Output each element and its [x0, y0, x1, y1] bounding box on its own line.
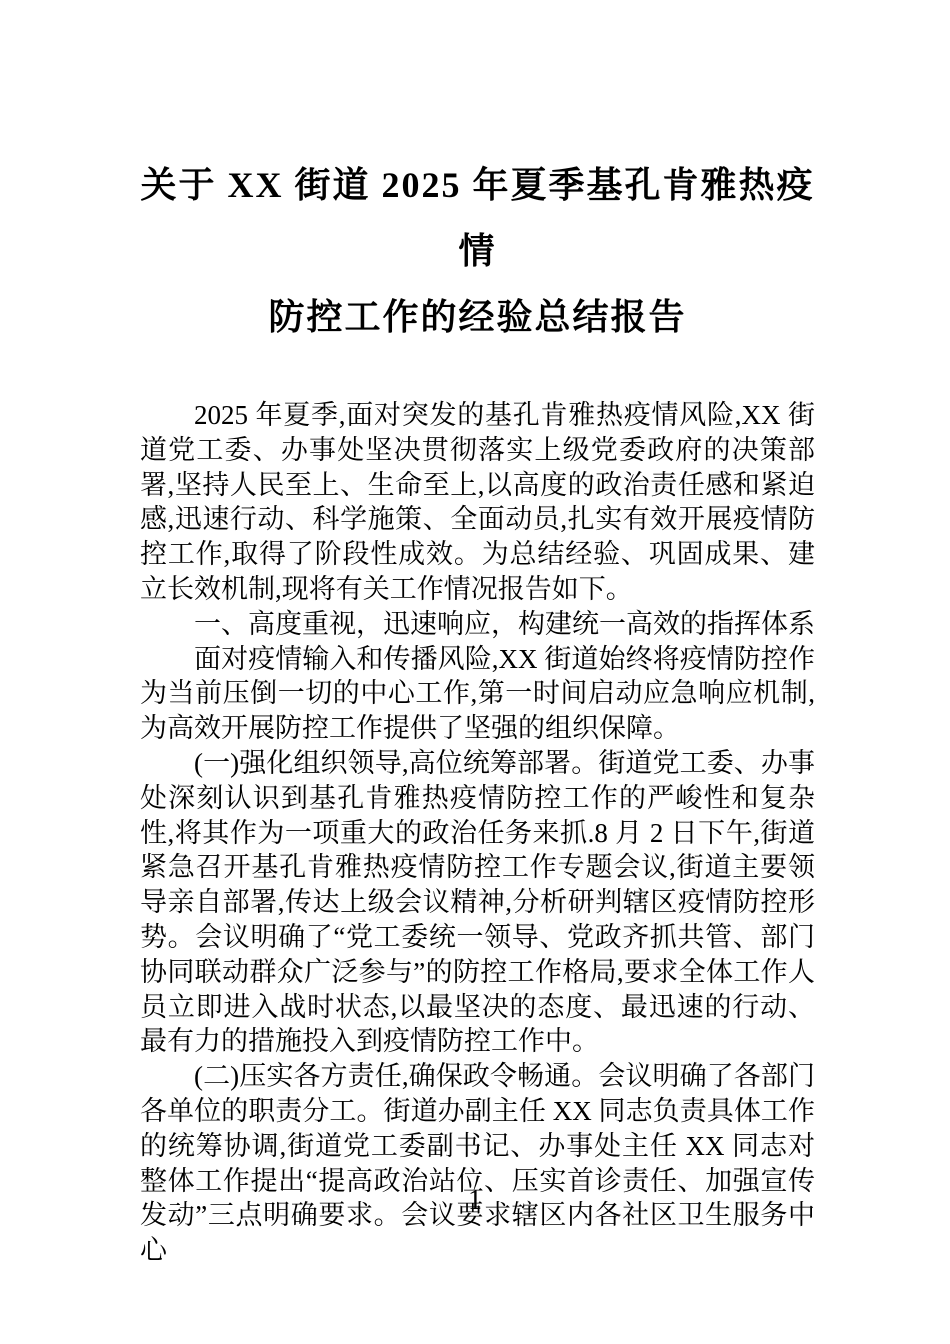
paragraph-section-1-intro: 面对疫情输入和传播风险,XX 街道始终将疫情防控作为当前压倒一切的中心工作,第一… — [140, 642, 815, 746]
paragraph-subsection-2: (二)压实各方责任,确保政令畅通。会议明确了各部门各单位的职责分工。街道办副主任… — [140, 1059, 815, 1268]
paragraph-subsection-1: (一)强化组织领导,高位统筹部署。街道党工委、办事处深刻认识到基孔肯雅热疫情防控… — [140, 746, 815, 1059]
title-line-1: 关于 XX 街道 2025 年夏季基孔肯雅热疫情 — [140, 152, 815, 284]
document-page: 关于 XX 街道 2025 年夏季基孔肯雅热疫情 防控工作的经验总结报告 202… — [0, 0, 950, 1344]
paragraph-intro: 2025 年夏季,面对突发的基孔肯雅热疫情风险,XX 街道党工委、办事处坚决贯彻… — [140, 398, 815, 607]
document-body: 2025 年夏季,面对突发的基孔肯雅热疫情风险,XX 街道党工委、办事处坚决贯彻… — [140, 398, 815, 1268]
page-number: 1 — [0, 1185, 950, 1217]
title-line-2: 防控工作的经验总结报告 — [140, 284, 815, 350]
section-heading-1: 一、高度重视，迅速响应，构建统一高效的指挥体系 — [140, 607, 815, 642]
document-title: 关于 XX 街道 2025 年夏季基孔肯雅热疫情 防控工作的经验总结报告 — [140, 152, 815, 350]
